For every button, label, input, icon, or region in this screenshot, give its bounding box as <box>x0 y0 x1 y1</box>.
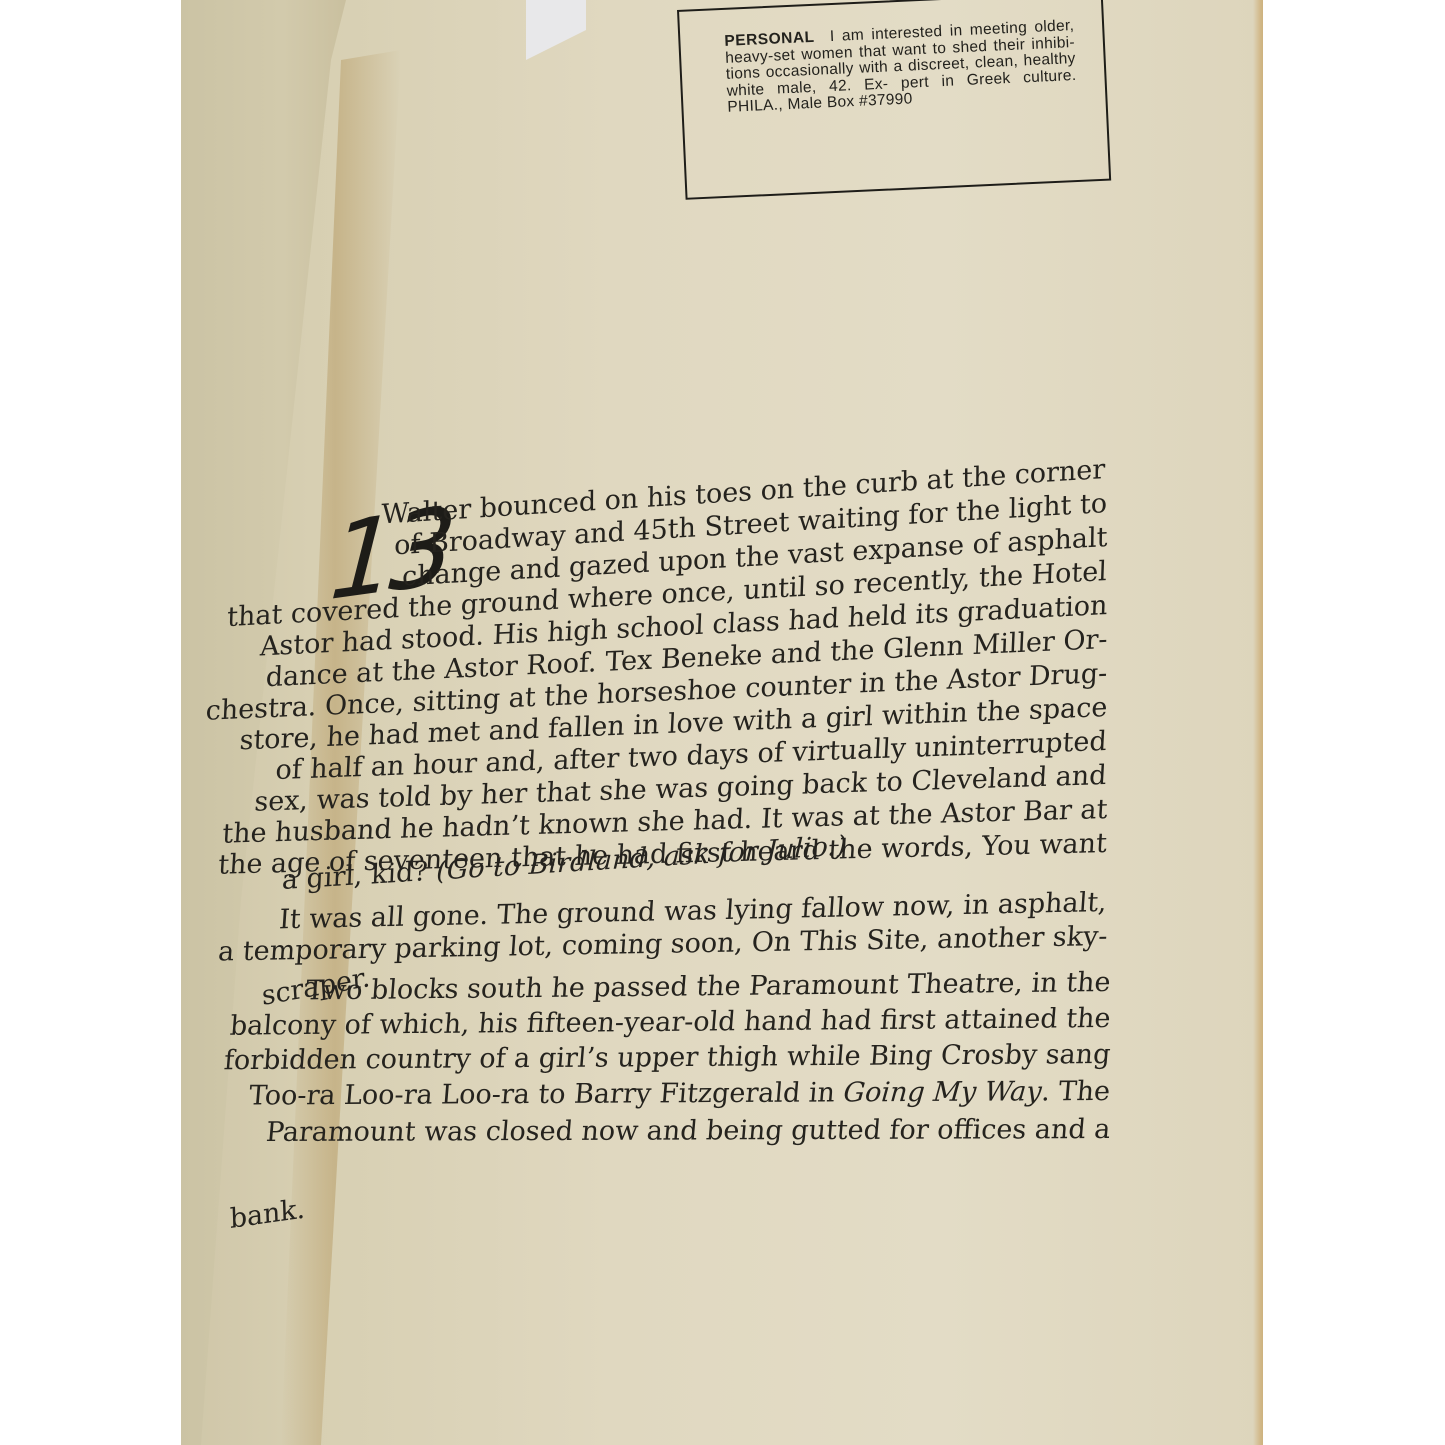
text-line-film: Too-ra Loo-ra Loo-ra to Barry Fitzgerald… <box>248 1077 1111 1112</box>
film-title: Going My Way <box>842 1076 1043 1108</box>
text-line: forbidden country of a girl’s upper thig… <box>222 1040 1111 1076</box>
personal-ad-box: PERSONAL I am interested in meeting olde… <box>677 0 1111 200</box>
text-fragment: Too-ra Loo-ra Loo-ra to Barry Fitzgerald… <box>248 1077 845 1111</box>
page-edge <box>1253 0 1263 1445</box>
page-gap <box>526 0 586 60</box>
text-fragment: . The <box>1040 1076 1111 1107</box>
personal-ad-text: PERSONAL I am interested in meeting olde… <box>724 18 1077 116</box>
text-line: Paramount was closed now and being gutte… <box>264 1115 1111 1148</box>
photo-stage: PERSONAL I am interested in meeting olde… <box>0 0 1445 1445</box>
